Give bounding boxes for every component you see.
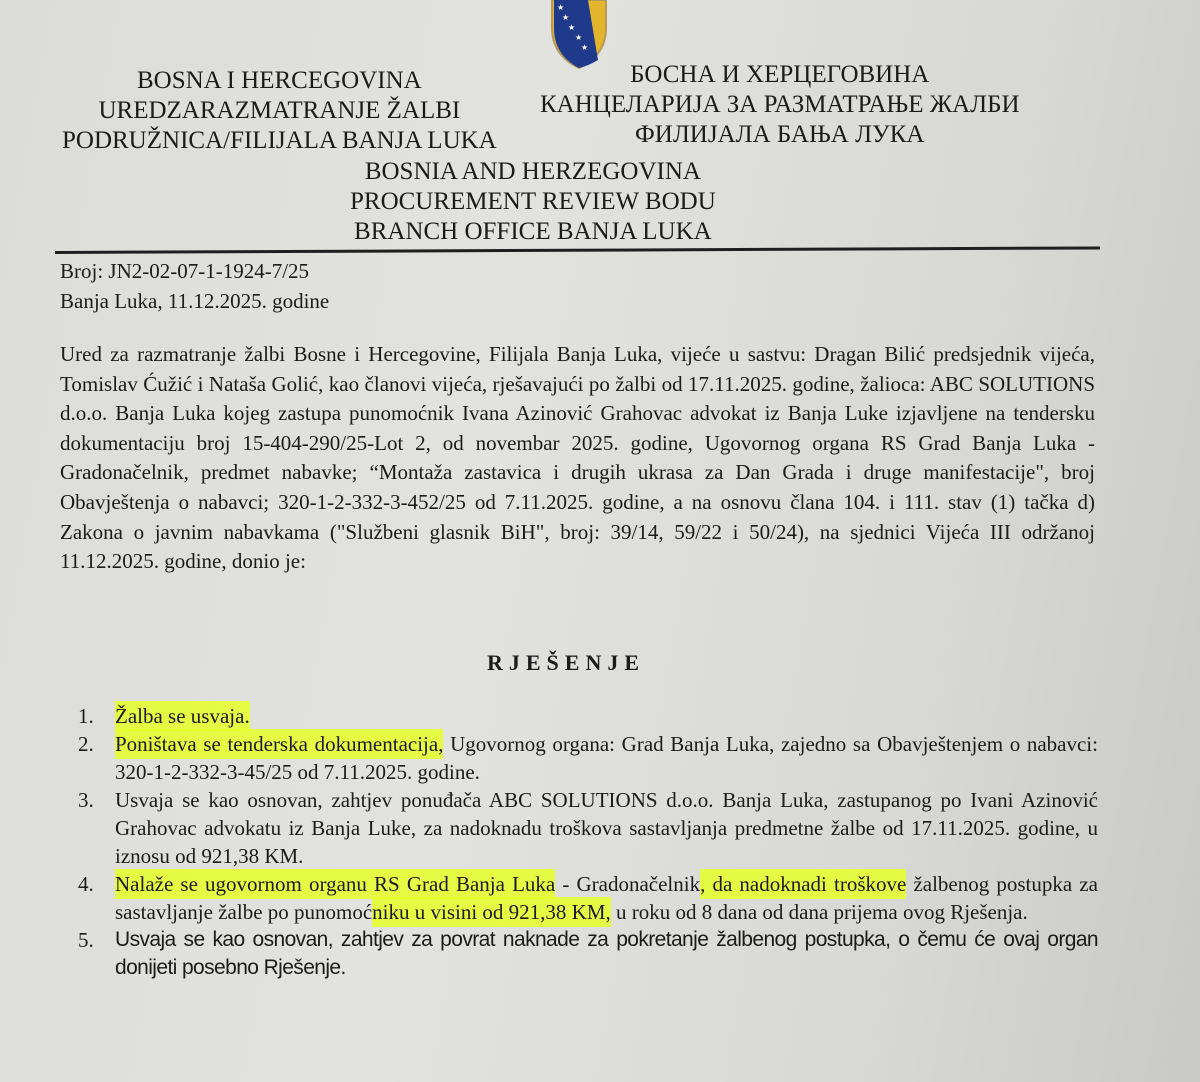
decision-item: 2.Poništava se tenderska dokumentacija, … bbox=[78, 730, 1098, 786]
header-english-line: BRANCH OFFICE BANJA LUKA bbox=[350, 217, 716, 247]
header-cyrillic-line: БОСНА И ХЕРЦЕГОВИНА bbox=[540, 60, 1020, 90]
header-latin: BOSNA I HERCEGOVINA UREDZARAZMATRANJE ŽA… bbox=[62, 66, 497, 156]
item-number: 2. bbox=[78, 730, 115, 786]
item-text: Poništava se tenderska dokumentacija, Ug… bbox=[115, 730, 1098, 786]
highlighted-text: , da nadoknadi troškove bbox=[700, 869, 906, 899]
header-cyrillic: БОСНА И ХЕРЦЕГОВИНА КАНЦЕЛАРИЈА ЗА РАЗМА… bbox=[540, 60, 1020, 150]
item-number: 1. bbox=[78, 702, 115, 730]
header-latin-line: UREDZARAZMATRANJE ŽALBI bbox=[62, 96, 497, 126]
header-latin-line: PODRUŽNICA/FILIJALA BANJA LUKA bbox=[62, 126, 497, 156]
document-meta: Broj: JN2-02-07-1-1924-7/25 Banja Luka, … bbox=[60, 256, 329, 316]
item-text: Žalba se usvaja. bbox=[115, 702, 1098, 730]
item-number: 5. bbox=[78, 926, 115, 982]
header-english: BOSNIA AND HERZEGOVINA PROCUREMENT REVIE… bbox=[350, 157, 716, 247]
decision-item: 5.Usvaja se kao osnovan, zahtjev za povr… bbox=[78, 926, 1098, 982]
header-divider bbox=[55, 246, 1100, 254]
decision-title: RJEŠENJE bbox=[487, 650, 645, 676]
text-segment: Usvaja se kao osnovan, zahtjev za povrat… bbox=[115, 928, 1098, 979]
svg-text:★: ★ bbox=[568, 23, 575, 32]
text-segment: - Gradonačelnik bbox=[555, 872, 700, 896]
header-english-line: BOSNIA AND HERZEGOVINA bbox=[350, 157, 716, 187]
svg-text:★: ★ bbox=[557, 3, 564, 12]
decision-item: 1.Žalba se usvaja. bbox=[78, 702, 1098, 730]
item-text: Nalaže se ugovornom organu RS Grad Banja… bbox=[115, 870, 1098, 926]
header-latin-line: BOSNA I HERCEGOVINA bbox=[62, 66, 497, 96]
highlighted-text: niku u visini od 921,38 KM, bbox=[372, 897, 611, 927]
header-cyrillic-line: ФИЛИЈАЛА БАЊА ЛУКА bbox=[540, 120, 1020, 150]
header-english-line: PROCUREMENT REVIEW BODU bbox=[350, 187, 716, 217]
item-number: 4. bbox=[78, 870, 115, 926]
header-cyrillic-line: КАНЦЕЛАРИЈА ЗА РАЗМАТРАЊЕ ЖАЛБИ bbox=[540, 90, 1020, 120]
text-segment: Usvaja se kao osnovan, zahtjev ponuđača … bbox=[115, 788, 1098, 868]
document-number: Broj: JN2-02-07-1-1924-7/25 bbox=[60, 256, 329, 286]
document-place-date: Banja Luka, 11.12.2025. godine bbox=[60, 286, 329, 316]
decision-items: 1.Žalba se usvaja.2.Poništava se tenders… bbox=[78, 702, 1098, 982]
svg-text:★: ★ bbox=[575, 33, 582, 42]
item-number: 3. bbox=[78, 786, 115, 870]
highlighted-text: Nalaže se ugovornom organu RS Grad Banja… bbox=[115, 869, 555, 899]
item-text: Usvaja se kao osnovan, zahtjev za povrat… bbox=[115, 926, 1098, 982]
highlighted-text: Poništava se tenderska dokumentacija, bbox=[115, 729, 443, 759]
highlighted-text: Žalba se usvaja. bbox=[115, 701, 250, 731]
text-segment: u roku od 8 dana od dana prijema ovog Rj… bbox=[611, 900, 1028, 924]
item-text: Usvaja se kao osnovan, zahtjev ponuđača … bbox=[115, 786, 1098, 870]
intro-paragraph: Ured za razmatranje žalbi Bosne i Herceg… bbox=[60, 340, 1095, 577]
svg-text:★: ★ bbox=[581, 43, 588, 52]
decision-item: 4.Nalaže se ugovornom organu RS Grad Ban… bbox=[78, 870, 1098, 926]
svg-text:★: ★ bbox=[562, 13, 569, 22]
decision-item: 3.Usvaja se kao osnovan, zahtjev ponuđač… bbox=[78, 786, 1098, 870]
